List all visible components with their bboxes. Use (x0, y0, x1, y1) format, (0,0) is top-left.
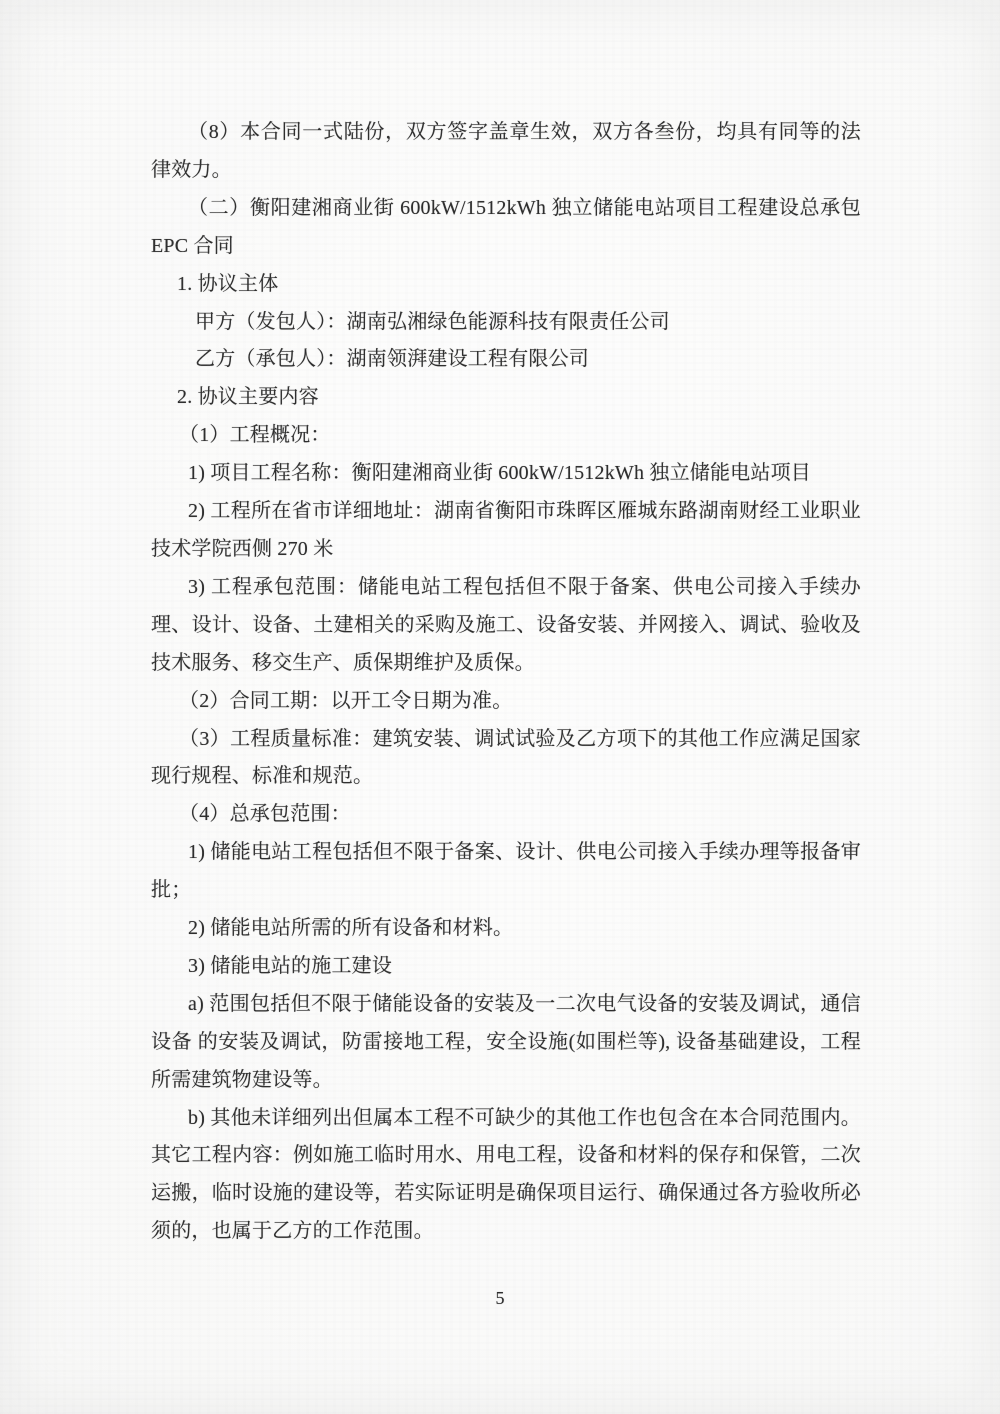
party-a-line: 甲方（发包人）：湖南弘湘绿色能源科技有限责任公司 (151, 304, 861, 342)
heading-agreement-parties: 1. 协议主体 (151, 266, 861, 304)
contract-title-section-2: （二）衡阳建湘商业街 600kW/1512kWh 独立储能电站项目工程建设总承包… (151, 190, 861, 266)
subitem-equipment-materials: 2) 储能电站所需的所有设备和材料。 (151, 910, 861, 948)
subitem-construction: 3) 储能电站的施工建设 (151, 948, 861, 986)
subitem-scope-a: a) 范围包括但不限于储能设备的安装及一二次电气设备的安装及调试，通信设备 的安… (151, 986, 861, 1100)
item-quality-standard: （3）工程质量标准：建筑安装、调试试验及乙方项下的其他工作应满足国家现行规程、标… (151, 721, 861, 797)
clause-copies: （8）本合同一式陆份，双方签字盖章生效，双方各叁份，均具有同等的法律效力。 (151, 114, 861, 190)
contract-text-block: （8）本合同一式陆份，双方签字盖章生效，双方各叁份，均具有同等的法律效力。 （二… (151, 114, 861, 1251)
item-project-address: 2) 工程所在省市详细地址：湖南省衡阳市珠晖区雁城东路湖南财经工业职业技术学院西… (151, 493, 861, 569)
party-b-line: 乙方（承包人）：湖南领湃建设工程有限公司 (151, 341, 861, 379)
item-project-overview: （1）工程概况： (151, 417, 861, 455)
item-epc-scope-heading: （4）总承包范围： (151, 796, 861, 834)
subitem-scope-b: b) 其他未详细列出但属本工程不可缺少的其他工作也包含在本合同范围内。其它工程内… (151, 1100, 861, 1252)
item-contract-scope: 3) 工程承包范围：储能电站工程包括但不限于备案、供电公司接入手续办理、设计、设… (151, 569, 861, 683)
page-number: 5 (0, 1288, 1000, 1309)
item-contract-duration: （2）合同工期：以开工令日期为准。 (151, 683, 861, 721)
item-project-name: 1) 项目工程名称：衡阳建湘商业街 600kW/1512kWh 独立储能电站项目 (151, 455, 861, 493)
subitem-filing-approval: 1) 储能电站工程包括但不限于备案、设计、供电公司接入手续办理等报备审批； (151, 834, 861, 910)
document-page: （8）本合同一式陆份，双方签字盖章生效，双方各叁份，均具有同等的法律效力。 （二… (0, 0, 1000, 1414)
heading-agreement-content: 2. 协议主要内容 (151, 379, 861, 417)
